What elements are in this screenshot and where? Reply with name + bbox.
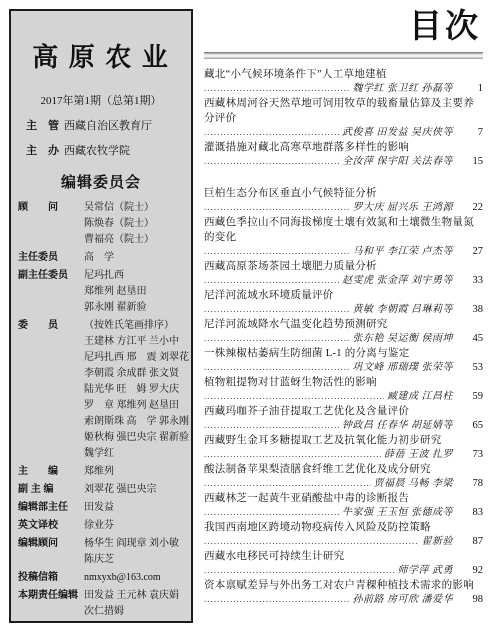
board-row-value-line: nmxyxb@163.com (84, 570, 184, 586)
toc-entry-authors: 张东艳 吴运衡 侯雨坤 (350, 332, 454, 345)
board-row-label: 顾 问 (18, 200, 84, 248)
toc-entry-title: 西藏林芝一起黄牛亚硝酸盐中毒的诊断报告 (204, 491, 483, 506)
board-row-label: 副主任委员 (18, 268, 84, 316)
toc-entry: 西藏高原茶场茶园土壤肥力质量分析赵雯虎 张金萍 刘宇勇等33 (204, 259, 483, 287)
board-row: 副主任委员尼玛扎西郑维列 赵垦田郭永刚 翟新验 (18, 268, 184, 316)
board-row-label: 委 员 (18, 318, 84, 462)
board-row-value-line: 索朗斯珠 高 学 郭永刚 (84, 414, 189, 430)
board-row-value-line: 吴常信（院士） (84, 200, 184, 216)
toc-entry-leader-line: 巩文峰 邢瑞璞 张荣等53 (204, 361, 483, 374)
board-row-values: nmxyxb@163.com (84, 570, 184, 586)
toc-entry-page-number: 98 (453, 593, 483, 606)
board-row-value-line: 尼玛扎西 邢 震 刘翠花 (84, 350, 189, 366)
toc-entry-leader-line: 钟政昌 任春华 胡延婧等65 (204, 419, 483, 432)
toc-entry-page-number: 15 (453, 155, 483, 168)
toc-entry-page-number: 73 (453, 448, 483, 461)
board-row: 编辑顾问杨华生 阎现章 刘小敏陈庆芝 (18, 536, 184, 568)
board-row-value-line: 次仁措姆 (84, 604, 184, 620)
dot-leader (204, 448, 381, 461)
toc-entry-leader-line: 魏学红 张卫红 孙磊等1 (204, 82, 483, 95)
dot-leader (204, 593, 350, 606)
toc-entry-page-number: 65 (453, 419, 483, 432)
toc-entry-leader-line: 全汝萍 保宇阳 关法春等15 (204, 155, 483, 168)
toc-entry: 西藏林芝一起黄牛亚硝酸盐中毒的诊断报告牛家强 王玉恒 张德成等83 (204, 491, 483, 519)
board-row-value-line: 田发益 王元林 袁庆娟 (84, 588, 184, 604)
toc-entry-page-number: 22 (453, 201, 483, 214)
board-row-label: 英文译校 (18, 518, 84, 534)
toc-entry-title: 灌溉措施对藏北高寒草地群落多样性的影响 (204, 140, 483, 155)
toc-entry-title: 酸法制备苹果梨渣膳食纤维工艺优化及成分研究 (204, 462, 483, 477)
board-row-label: 编辑部主任 (18, 500, 84, 516)
toc-entry-title: 西藏野生金耳多糖提取工艺及抗氧化能力初步研究 (204, 433, 483, 448)
board-row-values: 高 学 (84, 250, 184, 266)
board-row-value-line: 郑维列 (84, 464, 184, 480)
toc-entry-authors: 翟新验 (419, 535, 454, 548)
toc-entry-page-number: 7 (453, 126, 483, 139)
toc-entry-authors: 黄敏 李朝霞 吕琳莉等 (350, 303, 454, 316)
board-row-value-line: 刘翠花 强巴央宗 (84, 482, 184, 498)
toc-entry-title: 西藏高原茶场茶园土壤肥力质量分析 (204, 259, 483, 274)
toc-entry-title: 资本禀赋差异与外出务工对农户青稞种植技术需求的影响 (204, 578, 483, 593)
board-row-value-line: 田发益 (84, 500, 184, 516)
toc-entry-leader-line: 武俊喜 田发益 吴庆侠等7 (204, 126, 483, 139)
toc-entry-authors: 马和平 李江荣 卢杰等 (350, 245, 454, 258)
journal-issue: 2017年第1期（总第1期） (18, 92, 184, 108)
board-row-value-line: 李朝霞 余成群 张文贤 (84, 366, 189, 382)
board-row: 投稿信箱nmxyxb@163.com (18, 570, 184, 586)
dot-leader (204, 303, 350, 316)
toc-entry-leader-line: 臧建成 江昌柱59 (204, 390, 483, 403)
toc-divider-bar (204, 52, 483, 59)
toc-entry: 尼洋河流域降水气温变化趋势预测研究张东艳 吴运衡 侯雨坤45 (204, 317, 483, 345)
toc-entry-leader-line: 赵雯虎 张金萍 刘宇勇等33 (204, 274, 483, 287)
toc-entry: 我国西南地区跨境动物疫病传入风险及防控策略翟新验87 (204, 520, 483, 548)
toc-entry: 资本禀赋差异与外出务工对农户青稞种植技术需求的影响孙前路 房可欣 潘爱华98 (204, 578, 483, 606)
board-row-values: 吴常信（院士）陈焕春（院士）曹福亮（院士） (84, 200, 184, 248)
toc-entry: 巨柏生态分布区垂直小气候特征分析罗大庆 屈兴乐 王鸿源22 (204, 186, 483, 214)
toc-entry: 一株辣椒枯萎病生防细菌 L-1 的分离与鉴定巩文峰 邢瑞璞 张荣等53 (204, 346, 483, 374)
supervisor-row: 主 管 西藏自治区教育厅 (18, 117, 184, 133)
board-row-values: 刘翠花 强巴央宗 (84, 482, 184, 498)
board-row-label: 编辑顾问 (18, 536, 84, 568)
board-row-value-line: 尼玛扎西 (84, 268, 184, 284)
board-row: 编辑部主任田发益 (18, 500, 184, 516)
dot-leader (204, 419, 339, 432)
board-row-value-line: （按姓氏笔画排序） (84, 318, 189, 334)
toc-entry-authors: 师学萍 武勇 (395, 564, 454, 577)
toc-entry-page-number: 59 (453, 390, 483, 403)
toc-entry: 植物粗提物对甘蓝蚜生物活性的影响臧建成 江昌柱59 (204, 375, 483, 403)
toc-entry-leader-line: 薛蓓 王波 扎罗73 (204, 448, 483, 461)
board-row-value-line: 高 学 (84, 250, 184, 266)
dot-leader (204, 245, 350, 258)
board-row-values: 田发益 王元林 袁庆娟次仁措姆 (84, 588, 184, 620)
toc-entry-title: 我国西南地区跨境动物疫病传入风险及防控策略 (204, 520, 483, 535)
toc-list: 藏北“小气候环境条件下”人工草地建植魏学红 张卫红 孙磊等1西藏林周河谷天然草地… (204, 67, 483, 606)
toc-entry-title: 植物粗提物对甘蓝蚜生物活性的影响 (204, 375, 483, 390)
toc-entry-page-number: 45 (453, 332, 483, 345)
dot-leader (204, 564, 395, 577)
board-row: 副 主 编刘翠花 强巴央宗 (18, 482, 184, 498)
supervisor-value: 西藏自治区教育厅 (64, 117, 152, 133)
toc-section-gap (204, 169, 483, 186)
dot-leader (204, 201, 350, 214)
toc-entry-leader-line: 牛家强 王玉恒 张德成等83 (204, 506, 483, 519)
board-row-label: 副 主 编 (18, 482, 84, 498)
journal-info-panel: 高 原 农 业 2017年第1期（总第1期） 主 管 西藏自治区教育厅 主 办 … (9, 9, 193, 623)
toc-entry-authors: 巩文峰 邢瑞璞 张荣等 (350, 361, 454, 374)
toc-entry-title: 尼洋河流域水环境质量评价 (204, 288, 483, 303)
board-row: 主任委员高 学 (18, 250, 184, 266)
toc-entry-authors: 钟政昌 任春华 胡延婧等 (339, 419, 453, 432)
board-row-value-line: 郭永刚 翟新验 (84, 300, 184, 316)
toc-entry-title: 一株辣椒枯萎病生防细菌 L-1 的分离与鉴定 (204, 346, 483, 361)
board-row-values: （按姓氏笔画排序）王建林 方江平 兰小中尼玛扎西 邢 震 刘翠花李朝霞 余成群 … (84, 318, 189, 462)
toc-entry: 藏北“小气候环境条件下”人工草地建植魏学红 张卫红 孙磊等1 (204, 67, 483, 95)
board-row-value-line: 陆光华 旺 姆 罗大庆 (84, 382, 189, 398)
toc-entry: 西藏水电移民可持续生计研究师学萍 武勇92 (204, 549, 483, 577)
toc-entry-page-number: 92 (453, 564, 483, 577)
toc-entry-page-number: 78 (453, 477, 483, 490)
board-row: 本期责任编辑田发益 王元林 袁庆娟次仁措姆 (18, 588, 184, 620)
journal-title: 高 原 农 业 (18, 37, 184, 74)
board-row-value-line: 杨华生 阎现章 刘小敏 (84, 536, 184, 552)
board-row-label: 本期责任编辑 (18, 588, 84, 620)
board-row-label: 投稿信箱 (18, 570, 84, 586)
board-row-value-line: 徐业芬 (84, 518, 184, 534)
toc-entry-leader-line: 孙前路 房可欣 潘爱华98 (204, 593, 483, 606)
toc-entry-authors: 牛家强 王玉恒 张德成等 (339, 506, 453, 519)
toc-entry-leader-line: 黄敏 李朝霞 吕琳莉等38 (204, 303, 483, 316)
board-row: 英文译校徐业芬 (18, 518, 184, 534)
organizer-row: 主 办 西藏农牧学院 (18, 142, 184, 158)
toc-entry-authors: 臧建成 江昌柱 (384, 390, 453, 403)
dot-leader (204, 126, 339, 139)
board-row-value-line: 魏学红 (84, 446, 189, 462)
toc-entry-page-number: 53 (453, 361, 483, 374)
toc-entry: 西藏色季拉山不同海拔梯度土壤有效氮和土壤微生物量氮的变化马和平 李江荣 卢杰等2… (204, 215, 483, 258)
board-row-value-line: 罗 章 郑维列 赵垦田 (84, 398, 189, 414)
toc-entry-page-number: 87 (453, 535, 483, 548)
board-row-value-line: 姬秋梅 强巴央宗 翟新验 (84, 430, 189, 446)
dot-leader (204, 274, 339, 287)
toc-entry-title: 尼洋河流域降水气温变化趋势预测研究 (204, 317, 483, 332)
board-row-values: 郑维列 (84, 464, 184, 480)
toc-header: 目次 (204, 4, 483, 48)
toc-entry-authors: 孙前路 房可欣 潘爱华 (350, 593, 454, 606)
board-row-values: 徐业芬 (84, 518, 184, 534)
dot-leader (204, 155, 339, 168)
organizer-label: 主 办 (26, 142, 64, 158)
board-row-values: 尼玛扎西郑维列 赵垦田郭永刚 翟新验 (84, 268, 184, 316)
toc-entry-page-number: 33 (453, 274, 483, 287)
toc-entry: 西藏林周河谷天然草地可饲用牧草的载畜量估算及主要养分评价武俊喜 田发益 吴庆侠等… (204, 96, 483, 139)
dot-leader (204, 506, 339, 519)
board-row-label: 主 编 (18, 464, 84, 480)
board-row-value-line: 陈焕春（院士） (84, 216, 184, 232)
toc-entry-title: 西藏林周河谷天然草地可饲用牧草的载畜量估算及主要养分评价 (204, 96, 483, 126)
toc-entry-page-number: 27 (453, 245, 483, 258)
toc-entry-page-number: 1 (453, 82, 483, 95)
toc-entry-title: 西藏色季拉山不同海拔梯度土壤有效氮和土壤微生物量氮的变化 (204, 215, 483, 245)
toc-entry-leader-line: 张东艳 吴运衡 侯雨坤45 (204, 332, 483, 345)
toc-entry-authors: 魏学红 张卫红 孙磊等 (350, 82, 454, 95)
board-row: 顾 问吴常信（院士）陈焕春（院士）曹福亮（院士） (18, 200, 184, 248)
dot-leader (204, 332, 350, 345)
toc-entry-title: 藏北“小气候环境条件下”人工草地建植 (204, 67, 483, 82)
toc-entry: 灌溉措施对藏北高寒草地群落多样性的影响全汝萍 保宇阳 关法春等15 (204, 140, 483, 168)
toc-entry-title: 西藏水电移民可持续生计研究 (204, 549, 483, 564)
toc-entry-page-number: 83 (453, 506, 483, 519)
board-row-value-line: 曹福亮（院士） (84, 232, 184, 248)
toc-entry-leader-line: 师学萍 武勇92 (204, 564, 483, 577)
dot-leader (204, 82, 350, 95)
toc-entry-leader-line: 翟新验87 (204, 535, 483, 548)
toc-entry-authors: 贾福晨 马畅 李梁 (371, 477, 454, 490)
board-row-label: 主任委员 (18, 250, 84, 266)
board-row-values: 田发益 (84, 500, 184, 516)
toc-entry: 西藏玛咖芥子油苷提取工艺优化及含量评价钟政昌 任春华 胡延婧等65 (204, 404, 483, 432)
toc-entry: 西藏野生金耳多糖提取工艺及抗氧化能力初步研究薛蓓 王波 扎罗73 (204, 433, 483, 461)
toc-panel: 目次 藏北“小气候环境条件下”人工草地建植魏学红 张卫红 孙磊等1西藏林周河谷天… (204, 4, 483, 607)
toc-entry-authors: 全汝萍 保宇阳 关法春等 (339, 155, 453, 168)
toc-entry-authors: 薛蓓 王波 扎罗 (381, 448, 453, 461)
dot-leader (204, 535, 419, 548)
board-row-value-line: 郑维列 赵垦田 (84, 284, 184, 300)
dot-leader (204, 361, 350, 374)
board-row-values: 杨华生 阎现章 刘小敏陈庆芝 (84, 536, 184, 568)
editorial-board-title: 编辑委员会 (18, 171, 184, 192)
toc-entry-authors: 赵雯虎 张金萍 刘宇勇等 (339, 274, 453, 287)
board-row-value-line: 陈庆芝 (84, 552, 184, 568)
toc-entry-authors: 武俊喜 田发益 吴庆侠等 (339, 126, 453, 139)
toc-entry-page-number: 38 (453, 303, 483, 316)
toc-entry-leader-line: 马和平 李江荣 卢杰等27 (204, 245, 483, 258)
toc-entry: 酸法制备苹果梨渣膳食纤维工艺优化及成分研究贾福晨 马畅 李梁78 (204, 462, 483, 490)
toc-entry-leader-line: 罗大庆 屈兴乐 王鸿源22 (204, 201, 483, 214)
supervisor-label: 主 管 (26, 117, 64, 133)
board-row-value-line: 王建林 方江平 兰小中 (84, 334, 189, 350)
toc-entry-title: 巨柏生态分布区垂直小气候特征分析 (204, 186, 483, 201)
dot-leader (204, 477, 371, 490)
editorial-board-rows: 顾 问吴常信（院士）陈焕春（院士）曹福亮（院士）主任委员高 学副主任委员尼玛扎西… (18, 200, 184, 620)
board-row: 委 员（按姓氏笔画排序）王建林 方江平 兰小中尼玛扎西 邢 震 刘翠花李朝霞 余… (18, 318, 184, 462)
dot-leader (204, 390, 384, 403)
toc-entry-leader-line: 贾福晨 马畅 李梁78 (204, 477, 483, 490)
toc-entry-title: 西藏玛咖芥子油苷提取工艺优化及含量评价 (204, 404, 483, 419)
board-row: 主 编郑维列 (18, 464, 184, 480)
toc-entry: 尼洋河流域水环境质量评价黄敏 李朝霞 吕琳莉等38 (204, 288, 483, 316)
organizer-value: 西藏农牧学院 (64, 142, 130, 158)
toc-entry-authors: 罗大庆 屈兴乐 王鸿源 (350, 201, 454, 214)
